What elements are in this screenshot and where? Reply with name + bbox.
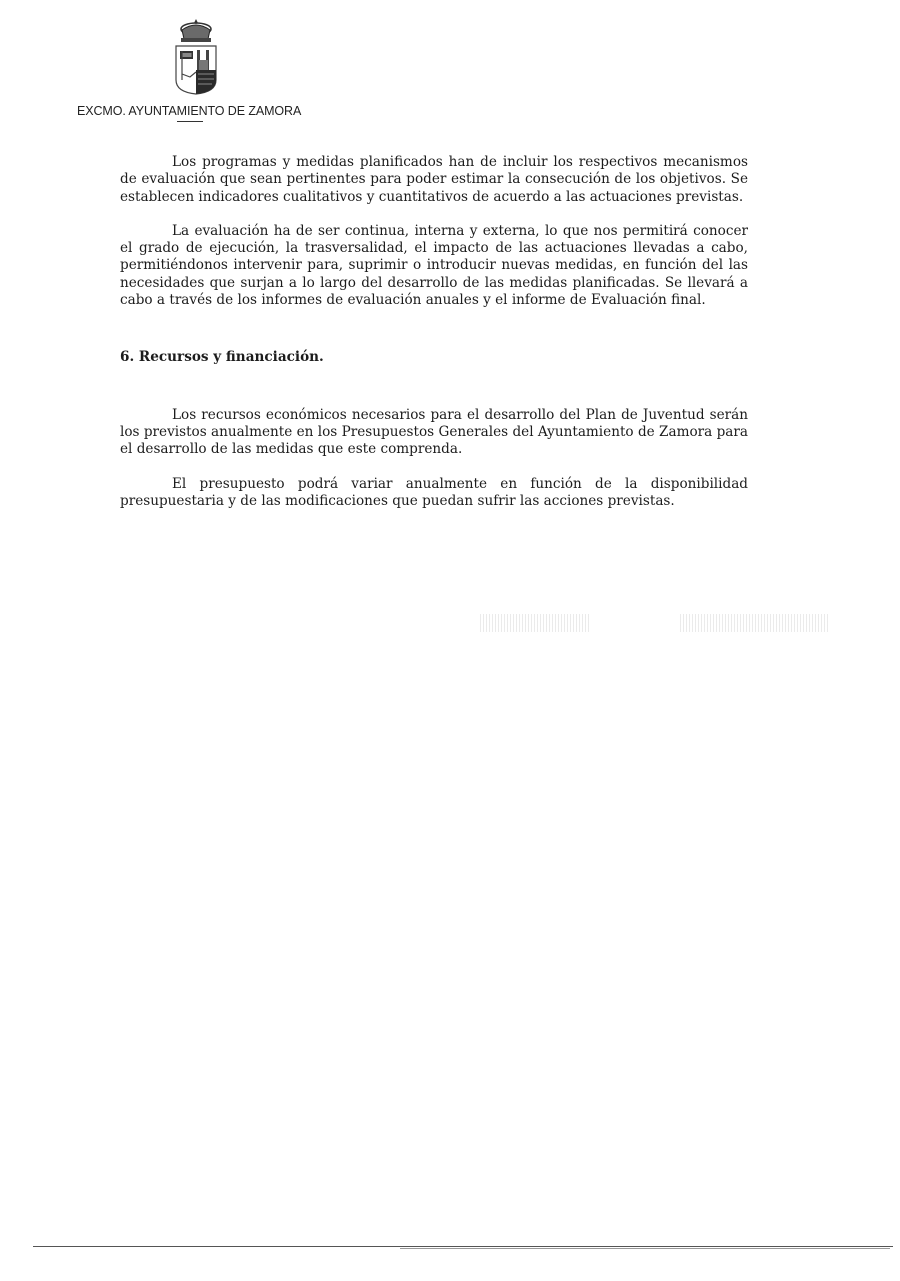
letterhead: EXCMO. AYUNTAMIENTO DE ZAMORA [0,0,900,130]
paragraph-budget-variation: El presupuesto podrá variar anualmente e… [120,476,748,511]
header-divider [177,121,203,122]
scan-artifact [480,614,590,632]
footer-divider [400,1248,890,1249]
scan-artifact [680,614,830,632]
paragraph-continuous-evaluation: La evaluación ha de ser continua, intern… [120,223,748,309]
organization-name: EXCMO. AYUNTAMIENTO DE ZAMORA [77,104,301,118]
paragraph-evaluation-mechanisms: Los programas y medidas planificados han… [120,154,748,206]
document-body: Los programas y medidas planificados han… [120,154,748,510]
section-title: 6. Recursos y financiación. [120,349,748,366]
footer-divider [33,1246,893,1247]
coat-of-arms-icon [168,18,224,96]
paragraph-economic-resources: Los recursos económicos necesarios para … [120,407,748,459]
